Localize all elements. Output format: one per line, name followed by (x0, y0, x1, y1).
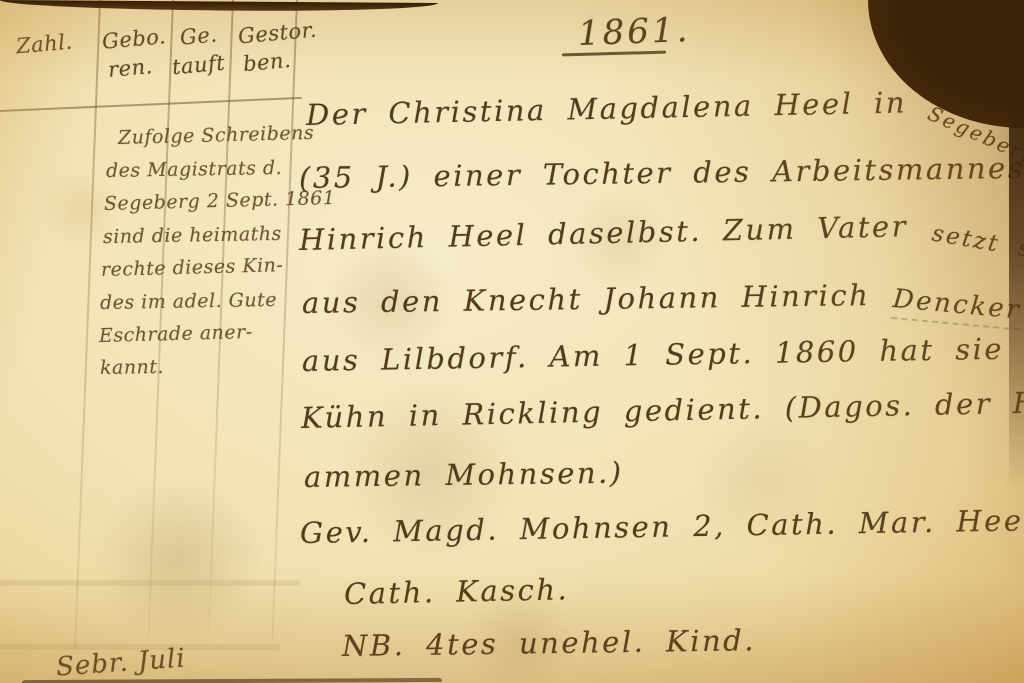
margin-note-line: rechte dieses Kin- (101, 254, 284, 281)
year-heading: 1861. (577, 10, 691, 54)
entry-line: aus Lilbdorf. Am 1 Sept. 1860 hat sie be… (302, 330, 1024, 378)
entry-line-text: Cath. Kasch. (344, 572, 570, 611)
column-header-gestorben-top: Gestor. (237, 18, 318, 49)
column-header-geboren-top: Gebo. (101, 24, 167, 53)
column-header-zahl: Zahl. (15, 30, 73, 59)
page-top-edge-shadow (0, 0, 438, 12)
parish-register-photo: Zahl. Gebo. ren. Ge. tauft Gestor. ben. … (0, 0, 1024, 683)
entry-line-text: Hinrich Heel daselbst. Zum Vater (299, 209, 909, 257)
entry-line-text: Kühn in Rickling gedient. (Dagos. der He… (301, 384, 1024, 435)
column-rule-4 (271, 0, 298, 640)
entry-line-text: Der Christina Magdalena Heel in (306, 85, 908, 132)
column-header-getauft-bottom: tauft (171, 51, 226, 80)
entry-line-text: ammen Mohnsen.) (304, 456, 624, 494)
margin-note-line: des im adel. Gute (100, 289, 277, 314)
paper-crease-1 (0, 580, 300, 586)
entry-line: ammen Mohnsen.) (304, 456, 624, 494)
column-header-geboren-bottom: ren. (107, 54, 154, 82)
entry-line-text: aus den Knecht Johann Hinrich (302, 278, 871, 320)
margin-note-line: Eschrade aner- (99, 321, 253, 347)
year-underline (562, 51, 666, 57)
entry-line: Hinrich Heel daselbst. Zum Vater setzt s… (299, 206, 1024, 257)
margin-note-line: sind die heimaths (103, 223, 282, 248)
margin-note-line: kannt. (100, 356, 164, 379)
column-rule-3 (208, 0, 234, 630)
column-header-gestorben-bottom: ben. (242, 48, 292, 76)
entry-line-text: Gev. Magd. Mohnsen 2, Cath. Mar. Heel 3, (300, 502, 1024, 550)
margin-note-line: Zufolge Schreibens (118, 122, 315, 149)
entry-line-text: aus Lilbdorf. Am 1 Sept. 1860 hat sie be… (302, 330, 1024, 378)
entry-line-tail-underlined: Dencker (891, 284, 1022, 331)
column-rule-1 (74, 0, 101, 650)
entry-line: Cath. Kasch. (344, 572, 570, 611)
column-header-getauft-top: Ge. (179, 22, 218, 49)
entry-line-text: (35 J.) einer Tochter des Arbeitsmannes (299, 151, 1024, 195)
entry-line-text: NB. 4tes unehel. Kind. (342, 623, 756, 663)
margin-note-line: des Magistrats d. (106, 157, 283, 182)
entry-line: Kühn in Rickling gedient. (Dagos. der He… (301, 384, 1024, 435)
page-right-edge-shadow (1009, 90, 1024, 490)
entry-line: NB. 4tes unehel. Kind. (342, 623, 756, 663)
entry-line: Gev. Magd. Mohnsen 2, Cath. Mar. Heel 3,… (300, 501, 1024, 550)
column-rule-2 (147, 0, 174, 640)
header-rule (0, 97, 302, 112)
entry-line: aus den Knecht Johann Hinrich Dencker (302, 276, 1020, 325)
entry-line: (35 J.) einer Tochter des Arbeitsmannes … (299, 150, 1024, 195)
